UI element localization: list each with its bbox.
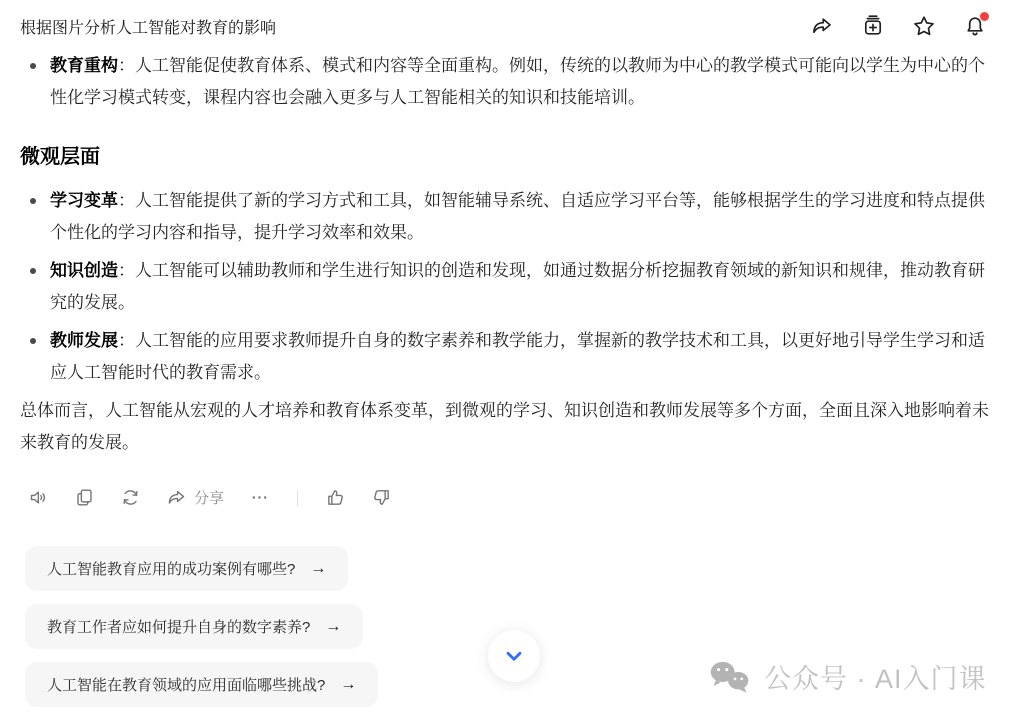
watermark: 公众号 · AI入门课 xyxy=(708,657,987,696)
arrow-right-icon: → xyxy=(310,560,326,578)
notification-dot xyxy=(980,12,989,21)
bullet-term: 教师发展 xyxy=(50,331,118,350)
bullet-item-education-restructure: 教育重构：人工智能促使教育体系、模式和内容等全面重构。例如，传统的以教师为中心的… xyxy=(20,50,993,114)
header-actions xyxy=(810,14,987,38)
bullet-item-knowledge-creation: 知识创造：人工智能可以辅助教师和学生进行知识的创造和发现，如通过数据分析挖掘教育… xyxy=(20,255,993,319)
bullet-term: 知识创造 xyxy=(50,261,118,280)
bell-icon[interactable] xyxy=(963,14,987,38)
share-icon[interactable] xyxy=(810,14,834,38)
regenerate-icon[interactable] xyxy=(120,487,141,508)
watermark-text: 公众号 · AI入门课 xyxy=(764,657,987,696)
thumbs-down-icon[interactable] xyxy=(371,487,392,508)
star-icon[interactable] xyxy=(912,14,936,38)
scroll-to-bottom-button[interactable] xyxy=(488,630,540,682)
suggestion-pill-digital-literacy[interactable]: 教育工作者应如何提升自身的数字素养? → xyxy=(25,604,363,649)
bullet-item-learning-change: 学习变革：人工智能提供了新的学习方式和工具，如智能辅导系统、自适应学习平台等，能… xyxy=(20,185,993,249)
bullet-text: 知识创造：人工智能可以辅助教师和学生进行知识的创造和发现，如通过数据分析挖掘教育… xyxy=(50,255,993,319)
bullet-text: 学习变革：人工智能提供了新的学习方式和工具，如智能辅导系统、自适应学习平台等，能… xyxy=(50,185,993,249)
bullet-term: 学习变革 xyxy=(50,191,118,210)
more-icon[interactable] xyxy=(249,487,270,508)
bullet-text: 教育重构：人工智能促使教育体系、模式和内容等全面重构。例如，传统的以教师为中心的… xyxy=(50,50,993,114)
thumbs-up-icon[interactable] xyxy=(325,487,346,508)
bullet-dot xyxy=(30,198,36,204)
bullet-term: 教育重构 xyxy=(50,56,118,75)
copy-icon[interactable] xyxy=(74,487,95,508)
section-heading-micro: 微观层面 xyxy=(20,140,993,169)
message-action-bar: 分享 xyxy=(28,487,993,508)
speaker-icon[interactable] xyxy=(28,487,49,508)
suggestion-pill-success-cases[interactable]: 人工智能教育应用的成功案例有哪些? → xyxy=(25,546,348,591)
action-bar-divider xyxy=(297,490,298,506)
suggestion-label: 人工智能在教育领域的应用面临哪些挑战? xyxy=(47,674,325,695)
bullet-item-teacher-development: 教师发展：人工智能的应用要求教师提升自身的数字素养和教学能力，掌握新的教学技术和… xyxy=(20,325,993,389)
suggestion-pill-challenges[interactable]: 人工智能在教育领域的应用面临哪些挑战? → xyxy=(25,662,378,707)
bullet-text: 教师发展：人工智能的应用要求教师提升自身的数字素养和教学能力，掌握新的教学技术和… xyxy=(50,325,993,389)
wechat-icon xyxy=(708,658,752,696)
suggestion-label: 人工智能教育应用的成功案例有哪些? xyxy=(47,558,295,579)
conversation-title: 根据图片分析人工智能对教育的影响 xyxy=(20,15,276,38)
conversation-header: 根据图片分析人工智能对教育的影响 xyxy=(0,0,1011,40)
share-icon xyxy=(166,487,187,508)
bullet-dot xyxy=(30,63,36,69)
add-box-icon[interactable] xyxy=(861,14,885,38)
suggestion-label: 教育工作者应如何提升自身的数字素养? xyxy=(47,616,310,637)
chevron-down-icon xyxy=(501,643,527,669)
share-button[interactable]: 分享 xyxy=(166,487,224,508)
summary-paragraph: 总体而言，人工智能从宏观的人才培养和教育体系变革，到微观的学习、知识创造和教师发… xyxy=(20,395,993,459)
arrow-right-icon: → xyxy=(325,618,341,636)
bullet-dot xyxy=(30,338,36,344)
share-label: 分享 xyxy=(194,487,224,508)
arrow-right-icon: → xyxy=(340,676,356,694)
bullet-dot xyxy=(30,268,36,274)
assistant-message: 教育重构：人工智能促使教育体系、模式和内容等全面重构。例如，传统的以教师为中心的… xyxy=(0,40,1011,707)
